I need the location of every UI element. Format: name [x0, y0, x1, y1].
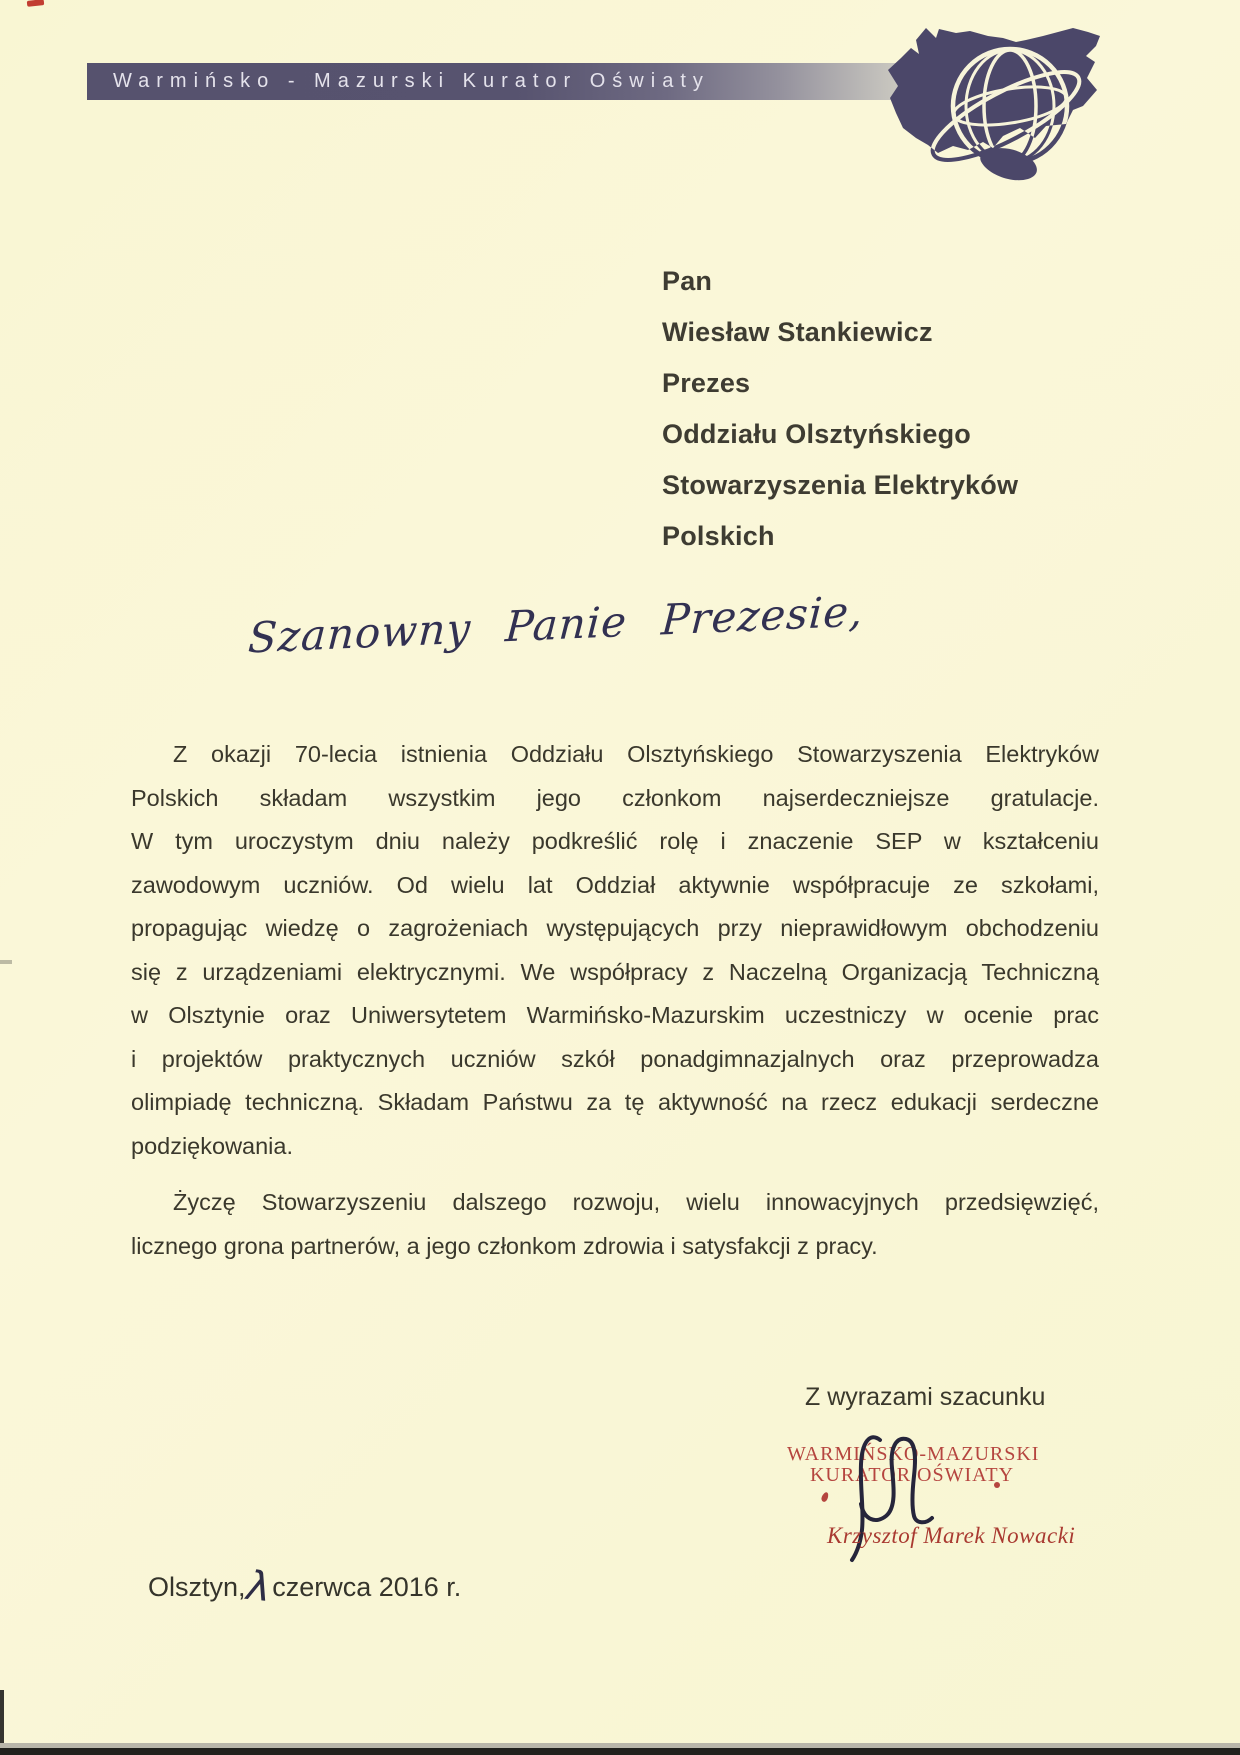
recipient-line: Oddziału Olsztyńskiego — [662, 409, 1018, 460]
closing-phrase: Z wyrazami szacunku — [805, 1383, 1045, 1412]
body-text-line: olimpiadę techniczną. Składam Państwu za… — [131, 1081, 1099, 1125]
body-text-line: i projektów praktycznych uczniów szkół p… — [131, 1038, 1099, 1082]
stamp-period-mark — [994, 1482, 1000, 1488]
scan-margin-artifact — [0, 960, 12, 964]
recipient-line: Wiesław Stankiewicz — [662, 307, 1018, 358]
body-text-line: w Olsztynie oraz Uniwersytetem Warmińsko… — [131, 994, 1099, 1038]
letter-body: Z okazji 70-lecia istnienia Oddziału Ols… — [131, 733, 1099, 1268]
handwritten-salutation: Szanowny Panie Prezesie, — [247, 586, 865, 662]
body-text-line: licznego grona partnerów, a jego członko… — [131, 1225, 1099, 1269]
scan-edge-dark — [0, 1748, 1240, 1755]
handwritten-day: λ — [244, 1563, 272, 1611]
body-text-line: zawodowym uczniów. Od wielu lat Oddział … — [131, 864, 1099, 908]
recipient-block: PanWiesław StankiewiczPrezesOddziału Ols… — [662, 256, 1018, 562]
paragraph: Z okazji 70-lecia istnienia Oddziału Ols… — [131, 733, 1099, 1168]
body-text-line: Z okazji 70-lecia istnienia Oddziału Ols… — [131, 733, 1099, 777]
body-text-line: W tym uroczystym dniu należy podkreślić … — [131, 820, 1099, 864]
recipient-line: Polskich — [662, 511, 1018, 562]
body-text-line: się z urządzeniami elektrycznymi. We wsp… — [131, 951, 1099, 995]
scanned-letter-page: Warmińsko - Mazurski Kurator Oświaty — [0, 0, 1240, 1755]
body-text-line: Polskich składam wszystkim jego członkom… — [131, 777, 1099, 821]
paragraph: Życzę Stowarzyszeniu dalszego rozwoju, w… — [131, 1181, 1099, 1268]
letterhead-title: Warmińsko - Mazurski Kurator Oświaty — [87, 70, 710, 93]
globe-continent-shape — [980, 148, 1037, 180]
date-line: Olsztyn,λczerwca 2016 r. — [148, 1560, 461, 1606]
date-city: Olsztyn, — [148, 1572, 246, 1603]
date-rest: czerwca 2016 r. — [272, 1572, 461, 1603]
body-text-line: propagując wiedzę o zagrożeniach występu… — [131, 907, 1099, 951]
recipient-line: Pan — [662, 256, 1018, 307]
recipient-line: Prezes — [662, 358, 1018, 409]
body-text-line: podziękowania. — [131, 1125, 1099, 1169]
body-text-line: Życzę Stowarzyszeniu dalszego rozwoju, w… — [131, 1181, 1099, 1225]
signatory-name: Krzysztof Marek Nowacki — [827, 1523, 1075, 1549]
red-scan-mark — [27, 0, 45, 7]
recipient-line: Stowarzyszenia Elektryków — [662, 460, 1018, 511]
map-globe-logo-icon — [868, 12, 1120, 198]
